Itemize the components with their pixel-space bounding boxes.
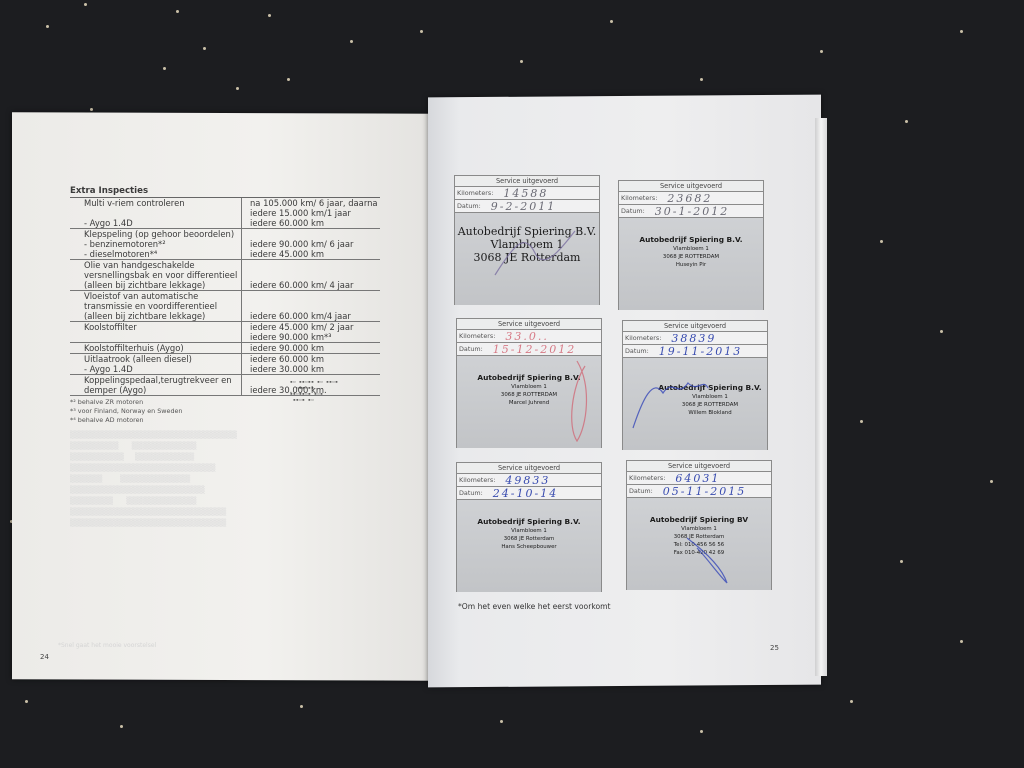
card-header: Service uitgevoerd	[623, 321, 767, 332]
inspection-item: Uitlaatrook (alleen diesel) - Aygo 1.4D	[70, 354, 242, 374]
speck	[300, 705, 303, 708]
kilometers-label: Kilometers:	[457, 189, 493, 197]
date-label: Datum:	[621, 207, 645, 215]
speck	[990, 480, 993, 483]
inspection-interval: iedere 60.000 km/4 jaar	[242, 291, 380, 321]
date-value: 15-12-2012	[493, 343, 576, 356]
speck	[203, 47, 206, 50]
date-value: 19-11-2013	[659, 345, 742, 358]
signature-scribble	[457, 356, 601, 448]
speck	[610, 20, 613, 23]
date-field: Datum:30-1-2012	[619, 205, 763, 218]
inspection-interval: iedere 90.000 km/ 6 jaar iedere 45.000 k…	[242, 229, 380, 259]
table-title: Extra Inspecties	[70, 186, 380, 198]
speck	[880, 240, 883, 243]
page-number-left: 24	[40, 653, 49, 661]
speck	[820, 50, 823, 53]
speck	[850, 700, 853, 703]
speck	[90, 108, 93, 111]
speck	[520, 60, 523, 63]
kilometers-field: Kilometers:49833	[457, 474, 601, 487]
inspection-item: Vloeistof van automatische transmissie e…	[70, 291, 242, 321]
inspection-item: Koolstoffilter	[70, 322, 242, 342]
stamp-area: Autobedrijf Spiering BVVlambloem 13068 J…	[627, 498, 771, 590]
kilometers-label: Kilometers:	[621, 194, 657, 202]
speck	[25, 700, 28, 703]
speck	[120, 725, 123, 728]
kilometers-value: 33.0..	[505, 330, 549, 343]
kilometers-label: Kilometers:	[629, 474, 665, 482]
table-row: Olie van handgeschakelde versnellingsbak…	[70, 260, 380, 291]
card-header: Service uitgevoerd	[619, 181, 763, 192]
speck	[500, 720, 503, 723]
date-field: Datum:24-10-14	[457, 487, 601, 500]
date-value: 24-10-14	[493, 487, 558, 500]
date-value: 30-1-2012	[655, 205, 729, 218]
small-stamp-imprint: ▪▫ ▪▪▫▪▪ ▪▫ ▪▪▫▪ ▫▪▪▫▪▪▪▪▫▪▪▫▪ ▪▫▪ ▪▪▫▪ …	[290, 380, 338, 404]
signature-scribble	[627, 498, 771, 590]
table-body: Multi v-riem controleren - Aygo 1.4Dna 1…	[70, 198, 380, 396]
speck	[420, 30, 423, 33]
date-label: Datum:	[629, 487, 653, 495]
speck	[700, 78, 703, 81]
kilometers-value: 23682	[667, 192, 712, 205]
left-footer-note: *Snel gaat het mooie voorstelsel	[58, 640, 156, 651]
table-row: Klepspeling (op gehoor beoordelen) - ben…	[70, 229, 380, 260]
speck	[905, 120, 908, 123]
speck	[860, 420, 863, 423]
inspection-item: Klepspeling (op gehoor beoordelen) - ben…	[70, 229, 242, 259]
card-header: Service uitgevoerd	[627, 461, 771, 472]
speck	[236, 87, 239, 90]
table-row: Multi v-riem controleren - Aygo 1.4Dna 1…	[70, 198, 380, 229]
signature-scribble	[455, 213, 599, 305]
faint-bleedthrough: ▒▒▒▒▒▒▒▒▒▒▒▒▒▒▒▒▒▒▒▒▒▒▒▒▒▒▒▒▒▒▒▒▒▒▒▒▒▒▒▒…	[70, 430, 237, 529]
kilometers-field: Kilometers:64031	[627, 472, 771, 485]
inspection-item: Koppelingspedaal,terugtrekveer en demper…	[70, 375, 242, 395]
speck	[900, 560, 903, 563]
date-field: Datum:15-12-2012	[457, 343, 601, 356]
page-number-right: 25	[770, 644, 779, 652]
stamp-area: Autobedrijf Spiering B.V.Vlambloem 13068…	[457, 356, 601, 448]
kilometers-value: 49833	[505, 474, 550, 487]
date-field: Datum:19-11-2013	[623, 345, 767, 358]
speck	[84, 3, 87, 6]
table-row: Koolstoffilterhuis (Aygo)iedere 90.000 k…	[70, 343, 380, 354]
service-card: Service uitgevoerdKilometers:49833Datum:…	[456, 462, 602, 592]
kilometers-value: 64031	[675, 472, 720, 485]
date-label: Datum:	[459, 345, 483, 353]
signature-scribble	[619, 218, 763, 310]
inspection-interval: iedere 45.000 km/ 2 jaar iedere 90.000 k…	[242, 322, 380, 342]
card-header: Service uitgevoerd	[455, 176, 599, 187]
card-header: Service uitgevoerd	[457, 463, 601, 474]
kilometers-field: Kilometers:23682	[619, 192, 763, 205]
page-edges	[815, 118, 827, 676]
kilometers-field: Kilometers:14588	[455, 187, 599, 200]
kilometers-label: Kilometers:	[459, 332, 495, 340]
speck	[700, 730, 703, 733]
date-field: Datum:05-11-2015	[627, 485, 771, 498]
service-card: Service uitgevoerdKilometers:23682Datum:…	[618, 180, 764, 310]
date-value: 05-11-2015	[663, 485, 746, 498]
card-header: Service uitgevoerd	[457, 319, 601, 330]
kilometers-label: Kilometers:	[459, 476, 495, 484]
right-footnote: *Om het even welke het eerst voorkomt	[458, 602, 610, 611]
speck	[176, 10, 179, 13]
table-row: Koolstoffilteriedere 45.000 km/ 2 jaar i…	[70, 322, 380, 343]
signature-scribble	[623, 358, 767, 450]
table-row: Vloeistof van automatische transmissie e…	[70, 291, 380, 322]
date-label: Datum:	[457, 202, 481, 210]
kilometers-label: Kilometers:	[625, 334, 661, 342]
inspection-item: Koolstoffilterhuis (Aygo)	[70, 343, 242, 353]
inspection-interval: iedere 90.000 km	[242, 343, 380, 353]
kilometers-value: 14588	[503, 187, 548, 200]
kilometers-field: Kilometers:33.0..	[457, 330, 601, 343]
speck	[287, 78, 290, 81]
table-row: Uitlaatrook (alleen diesel) - Aygo 1.4Di…	[70, 354, 380, 375]
service-card: Service uitgevoerdKilometers:38839Datum:…	[622, 320, 768, 450]
footnote: *⁴ behalve AD motoren	[70, 416, 380, 425]
date-field: Datum:9-2-2011	[455, 200, 599, 213]
footnote: *³ voor Finland, Norway en Sweden	[70, 407, 380, 416]
speck	[268, 14, 271, 17]
speck	[960, 640, 963, 643]
signature-scribble	[457, 500, 601, 592]
speck	[940, 330, 943, 333]
inspection-interval: iedere 60.000 km iedere 30.000 km	[242, 354, 380, 374]
speck	[163, 67, 166, 70]
service-card: Service uitgevoerdKilometers:64031Datum:…	[626, 460, 772, 590]
service-card: Service uitgevoerdKilometers:14588Datum:…	[454, 175, 600, 305]
kilometers-value: 38839	[671, 332, 716, 345]
inspection-interval: na 105.000 km/ 6 jaar, daarna iedere 15.…	[242, 198, 380, 228]
inspection-item: Multi v-riem controleren - Aygo 1.4D	[70, 198, 242, 228]
stamp-area: Autobedrijf Spiering B.V.Vlambloem 13068…	[455, 213, 599, 305]
service-card: Service uitgevoerdKilometers:33.0..Datum…	[456, 318, 602, 448]
kilometers-field: Kilometers:38839	[623, 332, 767, 345]
inspection-item: Olie van handgeschakelde versnellingsbak…	[70, 260, 242, 290]
date-label: Datum:	[459, 489, 483, 497]
inspection-interval: iedere 60.000 km/ 4 jaar	[242, 260, 380, 290]
stamp-area: Autobedrijf Spiering B.V.Vlambloem 13068…	[457, 500, 601, 592]
speck	[46, 25, 49, 28]
speck	[960, 30, 963, 33]
stamp-area: Autobedrijf Spiering B.V.Vlambloem 13068…	[623, 358, 767, 450]
date-label: Datum:	[625, 347, 649, 355]
speck	[350, 40, 353, 43]
stamp-area: Autobedrijf Spiering B.V.Vlambloem 13068…	[619, 218, 763, 310]
date-value: 9-2-2011	[491, 200, 556, 213]
